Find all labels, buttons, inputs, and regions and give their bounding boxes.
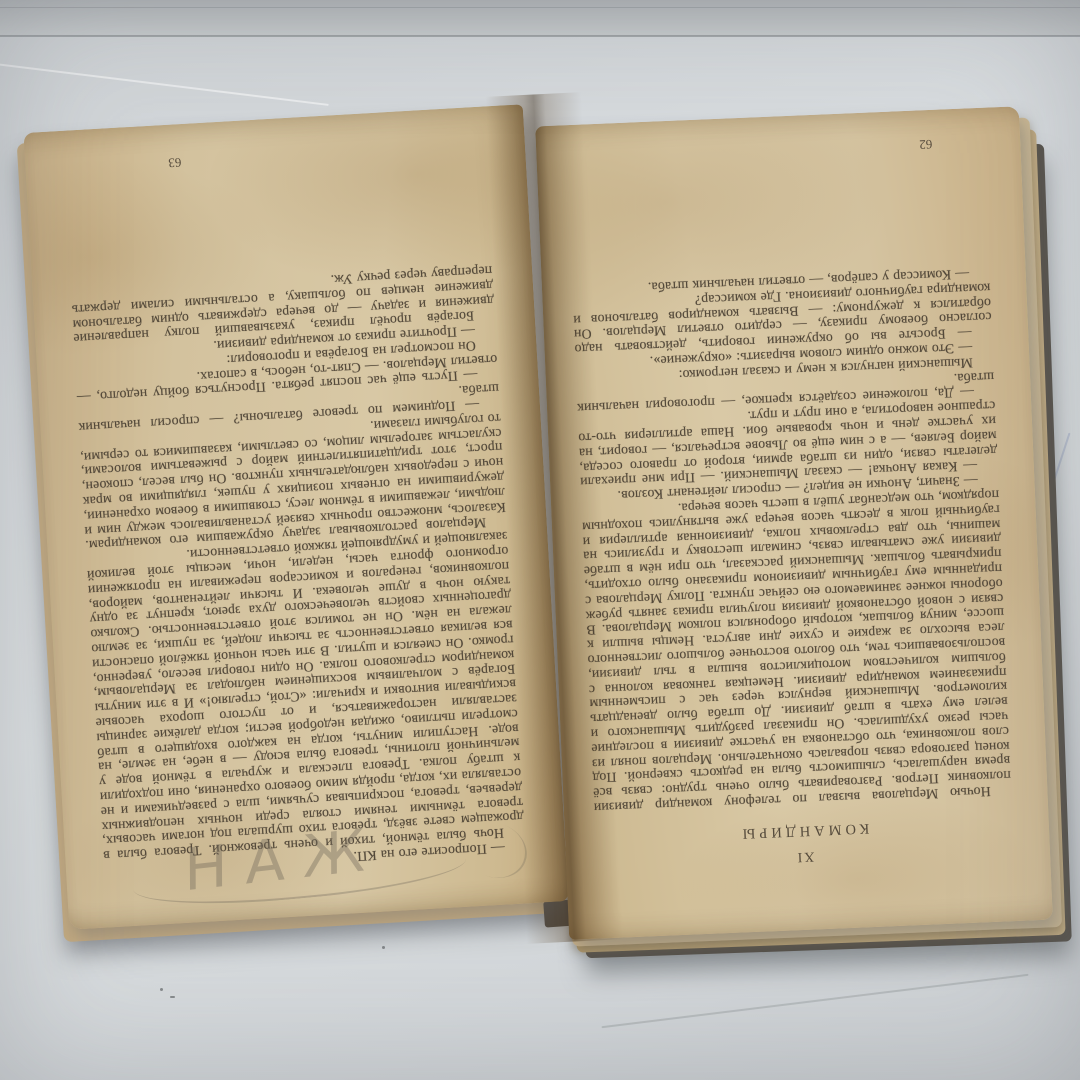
paragraph: Ночью Мерцалова вызвал по телефону коман… [581,487,1012,815]
surface-scratch [0,60,329,106]
paragraph: Ночь была тёмной, тихой и очень тревожно… [86,528,525,863]
book-page-63: — Попросите его на КП.Ночь была тёмной, … [23,104,568,929]
page-63-content: — Попросите его на КП.Ночь была тёмной, … [23,104,568,929]
page-63-footer: 63 [62,121,485,177]
photo-of-open-book: — Попросите его на КП.Ночь была тёмной, … [0,0,1080,1080]
page-number-63: 63 [168,154,182,171]
surface-seam [0,35,1080,37]
surface-speck [382,946,385,949]
surface-scratch [601,974,1028,1028]
page-62-content: XI КОМАНДИРЫ Ночью Мерцалова вызвал по т… [535,106,1053,940]
page-62-footer: 62 [566,120,985,167]
page-number-62: 62 [919,136,933,153]
page-63-text: — Попросите его на КП.Ночь была тёмной, … [70,262,525,877]
page-62-text: Ночью Мерцалова вызвал по телефону коман… [572,265,1012,815]
surface-seam [0,7,1080,8]
chapter-heading: XI КОМАНДИРЫ [595,813,1014,872]
surface-speck [170,996,175,998]
book-page-62: XI КОМАНДИРЫ Ночью Мерцалова вызвал по т… [535,106,1053,940]
surface-top-band [0,0,1080,36]
surface-speck [160,988,163,991]
